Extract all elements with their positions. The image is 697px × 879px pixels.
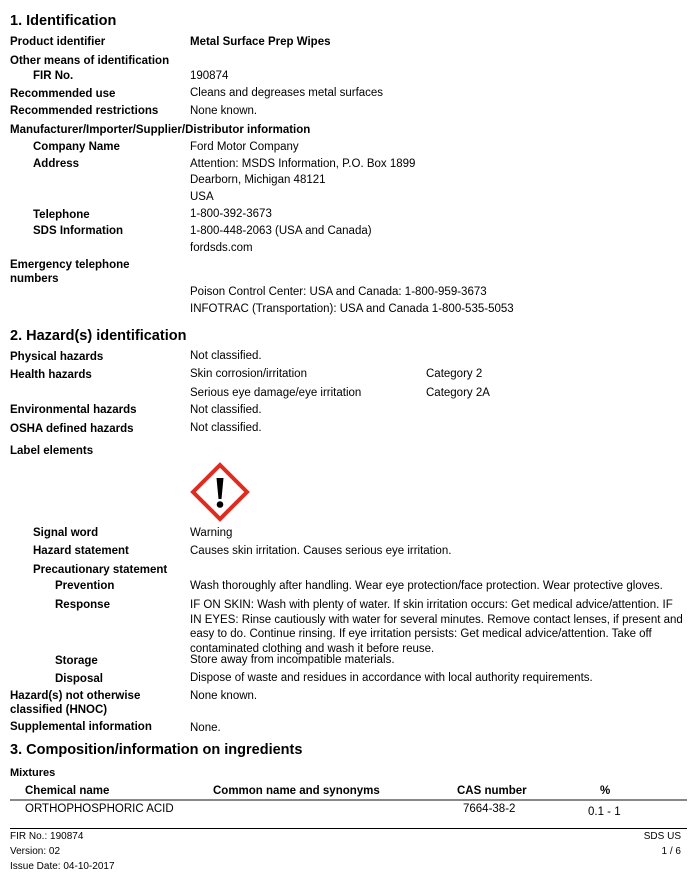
footer-issue-date: Issue Date: 04-10-2017 <box>10 861 115 872</box>
table-header-divider <box>10 799 687 801</box>
cell-chemical-name: ORTHOPHOSPHORIC ACID <box>25 803 174 815</box>
health-hazard-2: Serious eye damage/eye irritation <box>190 387 361 399</box>
recommended-use-label: Recommended use <box>10 88 115 100</box>
signal-word-label: Signal word <box>33 527 98 539</box>
recommended-use-value: Cleans and degreases metal surfaces <box>190 87 383 99</box>
footer-version: Version: 02 <box>10 846 60 857</box>
footer-fir: FIR No.: 190874 <box>10 831 83 842</box>
footer-doc-type: SDS US <box>644 831 681 842</box>
emergency-label-line-1: Emergency telephone <box>10 259 130 271</box>
disposal-value: Dispose of waste and residues in accorda… <box>190 672 593 684</box>
label-elements-label: Label elements <box>10 445 93 457</box>
emergency-poison-control: Poison Control Center: USA and Canada: 1… <box>190 286 487 298</box>
hnoc-label-line-2: classified (HNOC) <box>10 704 107 716</box>
recommended-restrictions-label: Recommended restrictions <box>10 105 158 117</box>
section-1-title: 1. Identification <box>10 13 116 29</box>
telephone-value: 1-800-392-3673 <box>190 208 272 220</box>
sds-info-website: fordsds.com <box>190 242 253 254</box>
osha-hazards-label: OSHA defined hazards <box>10 423 134 435</box>
sds-info-label: SDS Information <box>33 225 123 237</box>
column-header-chemical-name: Chemical name <box>25 785 109 797</box>
response-value: IF ON SKIN: Wash with plenty of water. I… <box>190 598 685 656</box>
fir-label: FIR No. <box>33 70 73 82</box>
physical-hazards-value: Not classified. <box>190 350 262 362</box>
storage-value: Store away from incompatible materials. <box>190 654 395 666</box>
storage-label: Storage <box>55 655 98 667</box>
address-line-1: Attention: MSDS Information, P.O. Box 18… <box>190 158 415 170</box>
address-line-2: Dearborn, Michigan 48121 <box>190 174 326 186</box>
hazard-statement-value: Causes skin irritation. Causes serious e… <box>190 545 451 557</box>
telephone-label: Telephone <box>33 209 90 221</box>
signal-word-value: Warning <box>190 527 232 539</box>
manufacturer-label: Manufacturer/Importer/Supplier/Distribut… <box>10 124 310 136</box>
supplemental-label: Supplemental information <box>10 721 152 733</box>
column-header-cas-number: CAS number <box>457 785 527 797</box>
emergency-label-line-2: numbers <box>10 273 59 285</box>
cell-cas-number: 7664-38-2 <box>463 803 515 815</box>
emergency-infotrac: INFOTRAC (Transportation): USA and Canad… <box>190 303 514 315</box>
recommended-restrictions-value: None known. <box>190 105 257 117</box>
cell-percent: 0.1 - 1 <box>588 806 621 818</box>
address-label: Address <box>33 158 79 170</box>
environmental-hazards-value: Not classified. <box>190 404 262 416</box>
prevention-value: Wash thoroughly after handling. Wear eye… <box>190 580 663 592</box>
sds-info-phone: 1-800-448-2063 (USA and Canada) <box>190 225 372 237</box>
company-name-label: Company Name <box>33 141 120 153</box>
exclamation-mark-pictogram-icon <box>190 462 250 522</box>
disposal-label: Disposal <box>55 673 103 685</box>
hnoc-value: None known. <box>190 690 257 702</box>
product-identifier-label: Product identifier <box>10 36 105 48</box>
section-2-title: 2. Hazard(s) identification <box>10 328 186 344</box>
column-header-percent: % <box>600 785 610 797</box>
environmental-hazards-label: Environmental hazards <box>10 404 137 416</box>
physical-hazards-label: Physical hazards <box>10 351 103 363</box>
fir-value: 190874 <box>190 70 228 82</box>
product-identifier-value: Metal Surface Prep Wipes <box>190 36 331 48</box>
health-hazards-label: Health hazards <box>10 369 92 381</box>
osha-hazards-value: Not classified. <box>190 422 262 434</box>
health-hazard-2-category: Category 2A <box>426 387 490 399</box>
hnoc-label-line-1: Hazard(s) not otherwise <box>10 690 140 702</box>
section-3-title: 3. Composition/information on ingredient… <box>10 742 302 758</box>
supplemental-value: None. <box>190 722 221 734</box>
response-label: Response <box>55 599 110 611</box>
health-hazard-1-category: Category 2 <box>426 368 482 380</box>
footer-divider <box>10 828 687 829</box>
other-means-label: Other means of identification <box>10 55 169 67</box>
footer-page-number: 1 / 6 <box>662 846 681 857</box>
prevention-label: Prevention <box>55 580 114 592</box>
hazard-statement-label: Hazard statement <box>33 545 129 557</box>
address-line-3: USA <box>190 191 214 203</box>
precautionary-label: Precautionary statement <box>33 564 167 576</box>
health-hazard-1: Skin corrosion/irritation <box>190 368 307 380</box>
company-name-value: Ford Motor Company <box>190 141 299 153</box>
mixtures-label: Mixtures <box>10 767 55 779</box>
column-header-common-name: Common name and synonyms <box>213 785 380 797</box>
